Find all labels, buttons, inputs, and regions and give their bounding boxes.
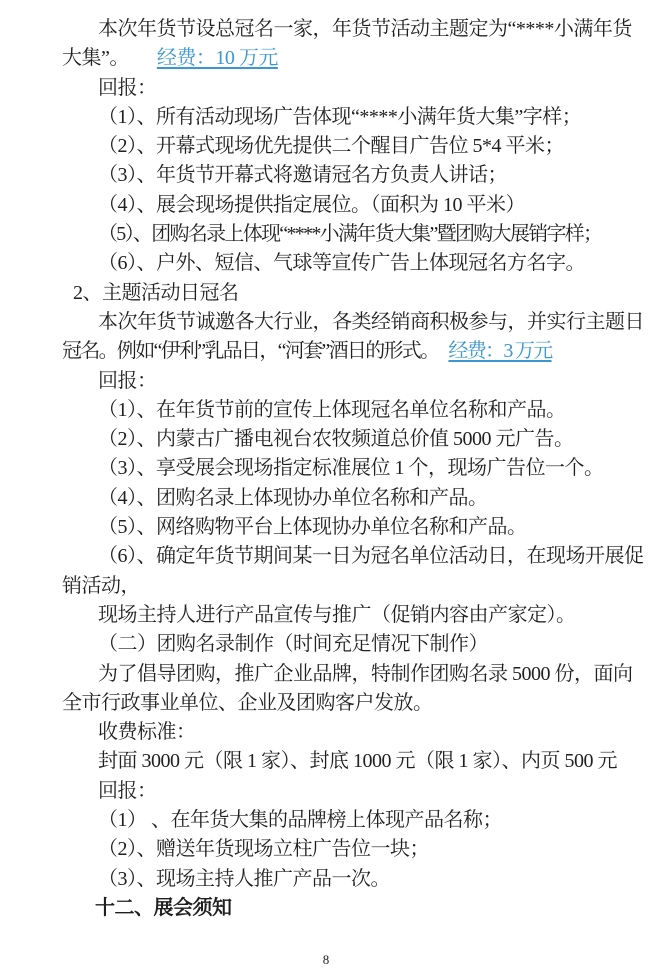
doc-line: （4）、展会现场提供指定展位。（面积为 10 平米） (62, 191, 636, 220)
doc-line: （1） 、在年货大集的品牌榜上体现产品名称； (62, 806, 636, 835)
doc-line: 全市行政事业单位、企业及团购客户发放。 (62, 689, 636, 718)
doc-line-text: 封面 3000 元（限 1 家）、封底 1000 元（限 1 家）、内页 500… (98, 750, 617, 772)
fee-highlight-theme-day: 经费：3 万元 (448, 340, 551, 362)
doc-line-text: 为了倡导团购，推广企业品牌，特制作团购名录 5000 份，面向 (98, 663, 633, 685)
doc-line: 销活动， (62, 572, 636, 601)
doc-line-text: 回报： (98, 370, 157, 392)
doc-line: （3）、年货节开幕式将邀请冠名方负责人讲话； (62, 161, 636, 190)
doc-line: （6）、确定年货节期间某一日为冠名单位活动日，在现场开展促 (62, 542, 636, 571)
doc-line: 回报： (62, 74, 636, 103)
doc-line: 本次年货节诚邀各大行业，各类经销商积极参与，并实行主题日 (62, 308, 636, 337)
doc-line-text: 冠名。例如“伊利”乳品日，“河套”酒日的形式。 (62, 340, 438, 362)
doc-line-text: （6）、户外、短信、气球等宣传广告上体现冠名方名字。 (98, 252, 585, 274)
doc-line-text: 全市行政事业单位、企业及团购客户发放。 (62, 692, 433, 714)
doc-line: （3）、现场主持人推广产品一次。 (62, 865, 636, 894)
fee-highlight-total: 经费：10 万元 (157, 47, 278, 69)
doc-line-text: （1） 、在年货大集的品牌榜上体现产品名称； (98, 809, 502, 831)
doc-line: （2）、赠送年货现场立柱广告位一块； (62, 835, 636, 864)
doc-line: （1）、在年货节前的宣传上体现冠名单位名称和产品。 (62, 396, 636, 425)
doc-line-text: （2）、开幕式现场优先提供二个醒目广告位 5*4 平米； (98, 135, 564, 157)
doc-line: （4）、团购名录上体现协办单位名称和产品。 (62, 484, 636, 513)
doc-line-text: （2）、赠送年货现场立柱广告位一块； (98, 838, 429, 860)
doc-line-text: 本次年货节设总冠名一家，年货节活动主题定为“****小满年货 (98, 18, 632, 40)
doc-line-text: 回报： (98, 77, 157, 99)
doc-line-text: 2、主题活动日冠名 (73, 282, 239, 304)
page-number: 8 (0, 952, 652, 968)
doc-line-text: （二）团购名录制作（时间充足情况下制作） (98, 633, 488, 655)
doc-line: 现场主持人进行产品宣传与推广（促销内容由产家定）。 (62, 601, 636, 630)
doc-line-text: 销活动， (62, 575, 140, 597)
doc-line-text: （1）、所有活动现场广告体现“****小满年货大集”字样； (98, 106, 581, 128)
doc-line-text: （3）、年货节开幕式将邀请冠名方负责人讲话； (98, 164, 507, 186)
doc-line-text: （5）、团购名录上体现“****小满年货大集”暨团购大展销字样； (98, 223, 601, 245)
doc-line-text: （4）、展会现场提供指定展位。（面积为 10 平米） (98, 194, 525, 216)
doc-line: 冠名。例如“伊利”乳品日，“河套”酒日的形式。经费：3 万元 (62, 337, 636, 366)
document-body: 本次年货节设总冠名一家，年货节活动主题定为“****小满年货 大集”。经费：10… (62, 15, 636, 923)
doc-line: 本次年货节设总冠名一家，年货节活动主题定为“****小满年货 (62, 15, 636, 44)
doc-line: （6）、户外、短信、气球等宣传广告上体现冠名方名字。 (62, 249, 636, 278)
doc-line: 大集”。经费：10 万元 (62, 44, 636, 73)
doc-line-text: （3）、现场主持人推广产品一次。 (98, 868, 390, 890)
doc-line: 回报： (62, 777, 636, 806)
doc-line-text: （2）、内蒙古广播电视台农牧频道总价值 5000 元广告。 (98, 428, 574, 450)
doc-line-text: （3）、享受展会现场指定标准展位 1 个，现场广告位一个。 (98, 457, 604, 479)
doc-line-text: （6）、确定年货节期间某一日为冠名单位活动日，在现场开展促 (98, 545, 644, 567)
doc-line: （1）、所有活动现场广告体现“****小满年货大集”字样； (62, 103, 636, 132)
doc-line: （5）、网络购物平台上体现协办单位名称和产品。 (62, 513, 636, 542)
doc-line: 封面 3000 元（限 1 家）、封底 1000 元（限 1 家）、内页 500… (62, 747, 636, 776)
doc-subheading: 2、主题活动日冠名 (62, 279, 636, 308)
doc-line: （2）、开幕式现场优先提供二个醒目广告位 5*4 平米； (62, 132, 636, 161)
doc-line: 回报： (62, 367, 636, 396)
doc-line: （5）、团购名录上体现“****小满年货大集”暨团购大展销字样； (62, 220, 636, 249)
doc-line-text: （1）、在年货节前的宣传上体现冠名单位名称和产品。 (98, 399, 566, 421)
document-page: 本次年货节设总冠名一家，年货节活动主题定为“****小满年货 大集”。经费：10… (0, 0, 652, 978)
doc-line-text: （4）、团购名录上体现协办单位名称和产品。 (98, 487, 488, 509)
doc-line-text: 大集”。 (62, 47, 129, 69)
doc-line: （2）、内蒙古广播电视台农牧频道总价值 5000 元广告。 (62, 425, 636, 454)
section-heading: 十二、展会须知 (62, 894, 636, 923)
doc-line-text: 现场主持人进行产品宣传与推广（促销内容由产家定）。 (98, 604, 576, 626)
doc-line: （3）、享受展会现场指定标准展位 1 个，现场广告位一个。 (62, 454, 636, 483)
section-heading-text: 十二、展会须知 (95, 897, 232, 919)
doc-line: 收费标准： (62, 718, 636, 747)
doc-line-text: （5）、网络购物平台上体现协办单位名称和产品。 (98, 516, 527, 538)
doc-line: 为了倡导团购，推广企业品牌，特制作团购名录 5000 份，面向 (62, 660, 636, 689)
doc-line-text: 本次年货节诚邀各大行业，各类经销商积极参与，并实行主题日 (98, 311, 644, 333)
doc-line-text: 收费标准： (98, 721, 196, 743)
doc-line-text: 回报： (98, 780, 157, 802)
doc-subheading: （二）团购名录制作（时间充足情况下制作） (62, 630, 636, 659)
